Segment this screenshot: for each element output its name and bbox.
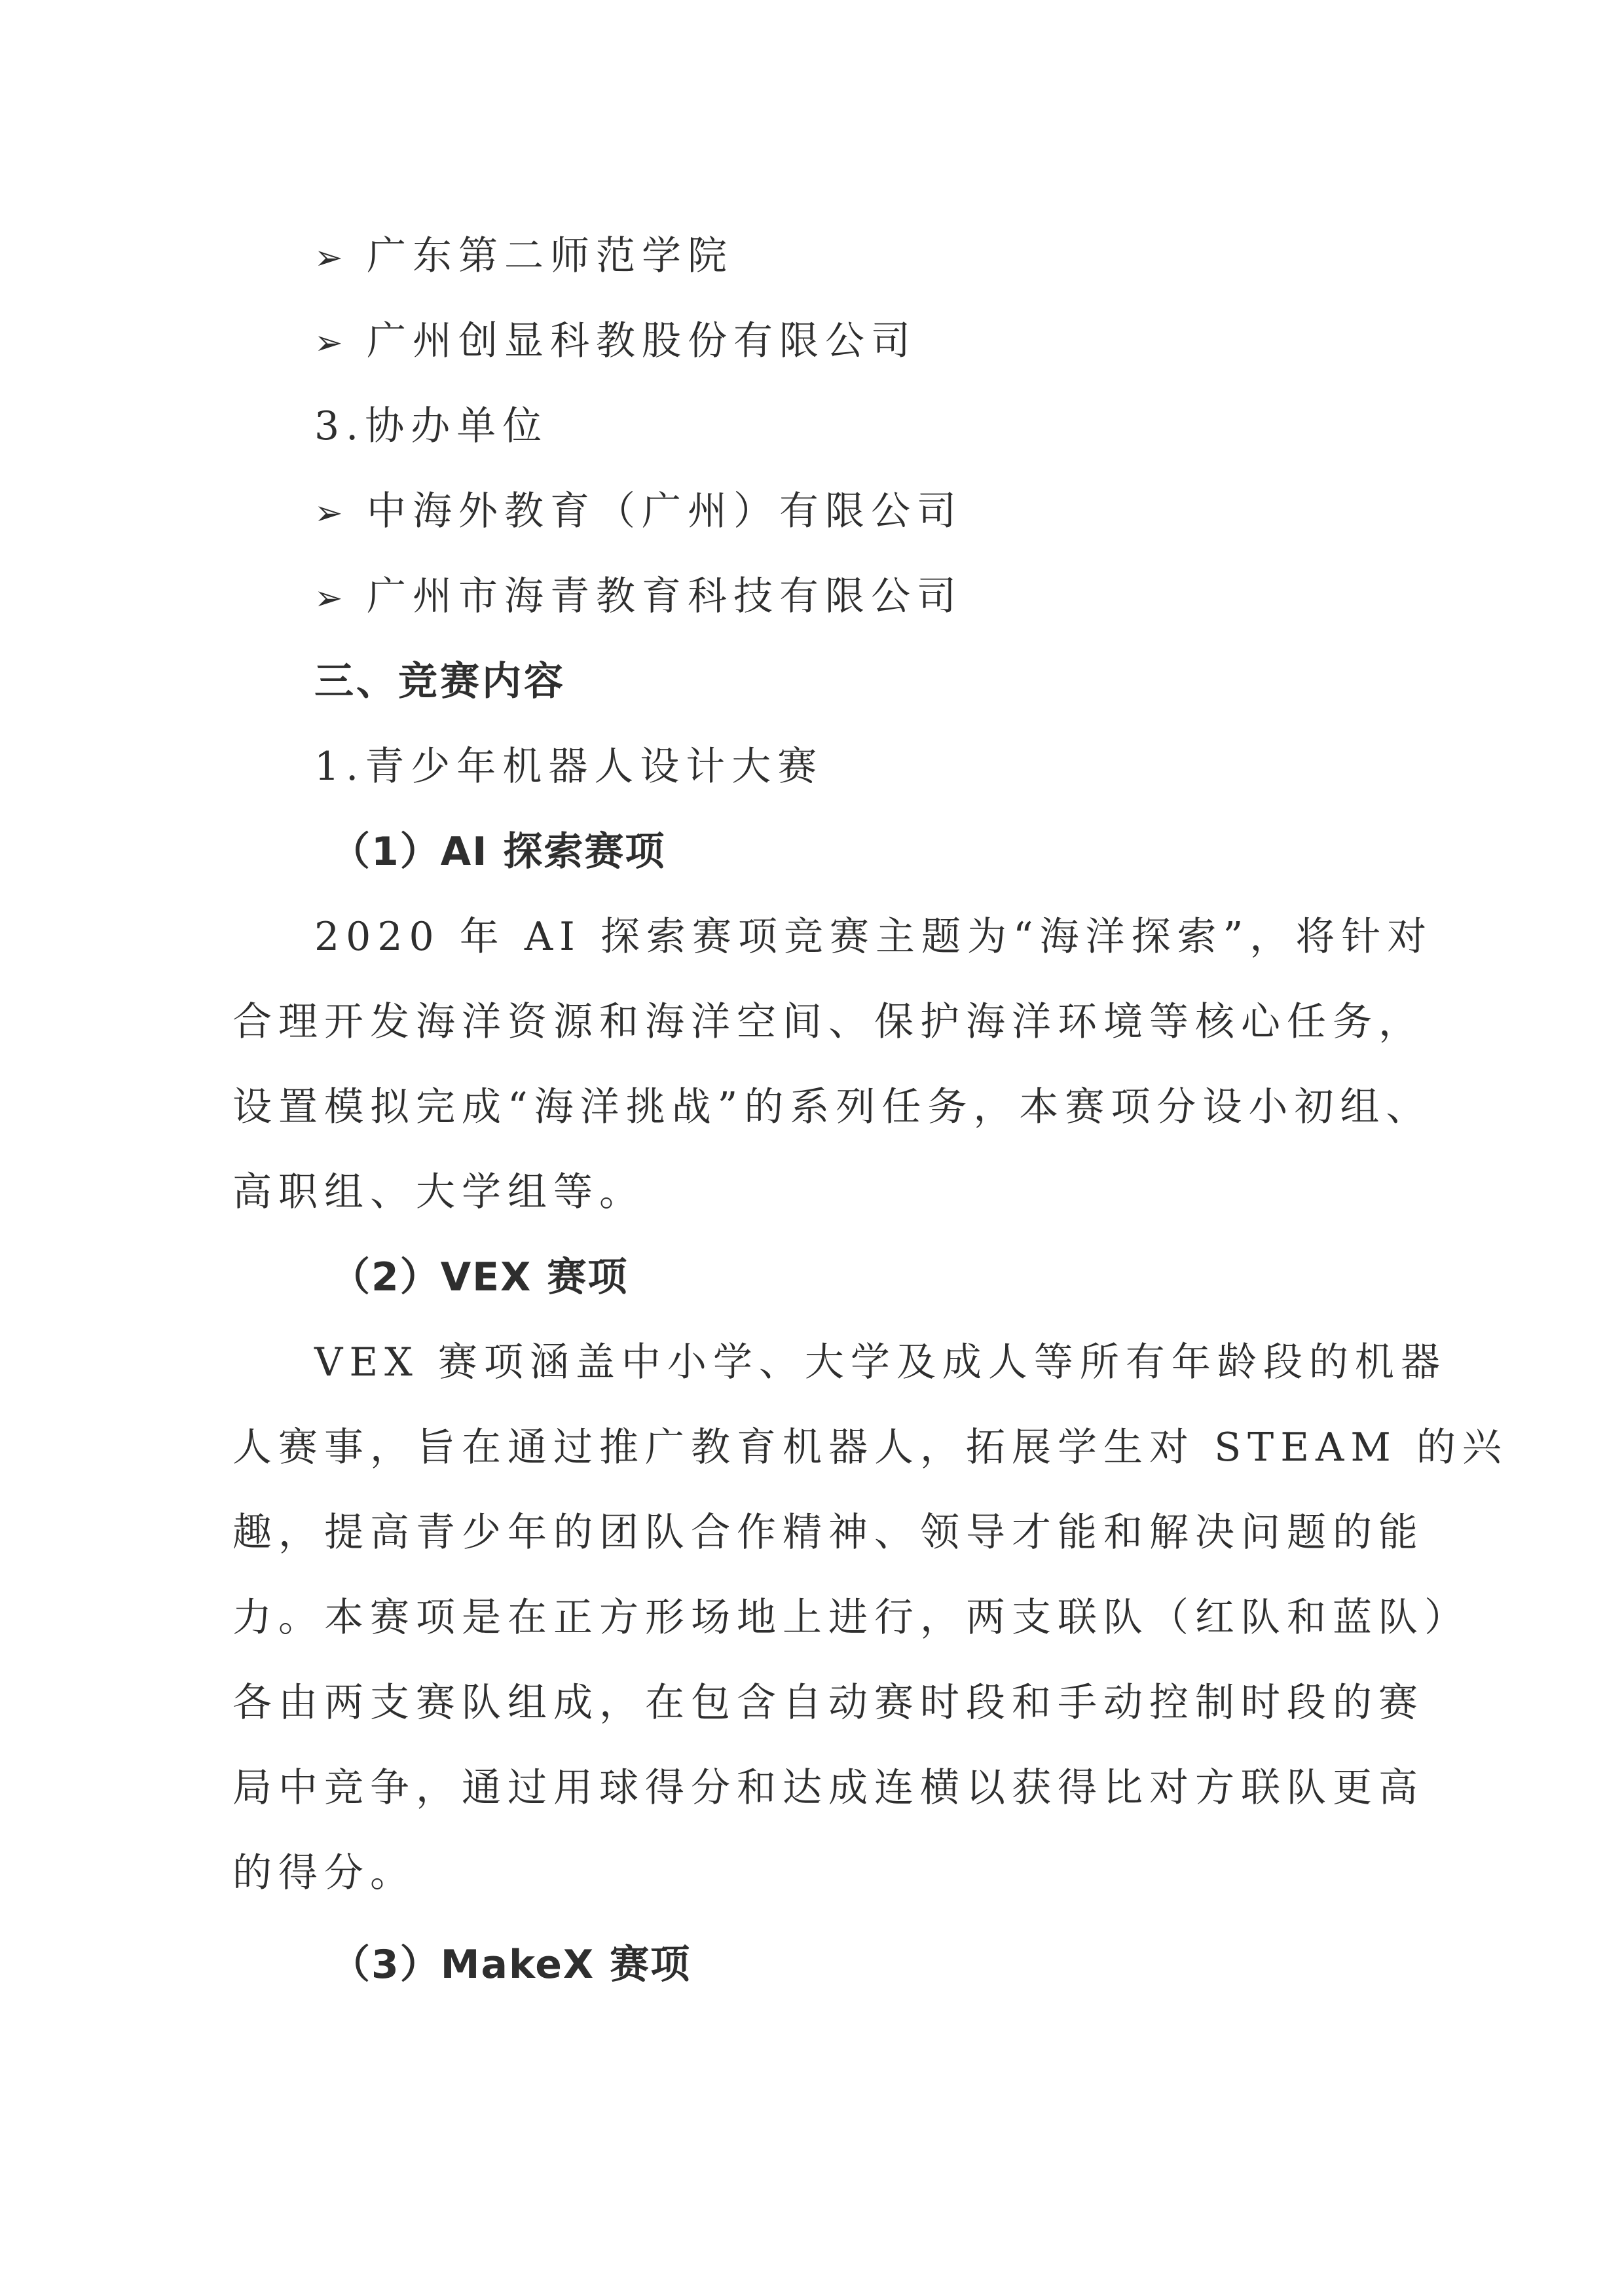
paragraph-line: 力。本赛项是在正方形场地上进行，两支联队（红队和蓝队）	[232, 1594, 1385, 1641]
paragraph-line: 人赛事，旨在通过推广教育机器人，拓展学生对 STEAM 的兴	[232, 1424, 1385, 1471]
paragraph-line: 局中竞争，通过用球得分和达成连横以获得比对方联队更高	[232, 1764, 1385, 1812]
item-heading: （2）VEX 赛项	[331, 1254, 628, 1301]
section-heading: 三、竞赛内容	[314, 658, 566, 705]
bullet-item: ➢广州市海青教育科技有限公司	[314, 573, 963, 622]
bullet-item: ➢中海外教育（广州）有限公司	[314, 488, 963, 537]
paragraph-line: 设置模拟完成“海洋挑战”的系列任务，本赛项分设小初组、	[232, 1084, 1385, 1131]
paragraph-line: 高职组、大学组等。	[232, 1169, 1385, 1216]
bullet-item: ➢广东第二师范学院	[314, 232, 733, 282]
bullet-item: ➢广州创显科教股份有限公司	[314, 318, 917, 367]
section-label: 3.协办单位	[314, 403, 548, 450]
paragraph-line: 2020 年 AI 探索赛项竞赛主题为“海洋探索”，将针对	[314, 913, 1467, 960]
arrow-bullet-icon: ➢	[314, 490, 341, 537]
bullet-text: 中海外教育（广州）有限公司	[367, 488, 963, 534]
paragraph-line: VEX 赛项涵盖中小学、大学及成人等所有年龄段的机器	[314, 1339, 1467, 1386]
arrow-bullet-icon: ➢	[314, 319, 341, 367]
paragraph-line: 合理开发海洋资源和海洋空间、保护海洋环境等核心任务，	[232, 998, 1385, 1046]
item-heading: （1）AI 探索赛项	[331, 828, 665, 875]
arrow-bullet-icon: ➢	[314, 234, 341, 282]
paragraph-line: 的得分。	[232, 1850, 1385, 1897]
subsection-title: 1.青少年机器人设计大赛	[314, 743, 823, 790]
arrow-bullet-icon: ➢	[314, 575, 341, 622]
paragraph-line: 趣，提高青少年的团队合作精神、领导才能和解决问题的能	[232, 1509, 1385, 1556]
bullet-text: 广州创显科教股份有限公司	[367, 318, 917, 364]
bullet-text: 广州市海青教育科技有限公司	[367, 574, 963, 619]
bullet-text: 广东第二师范学院	[367, 233, 733, 279]
paragraph-line: 各由两支赛队组成，在包含自动赛时段和手动控制时段的赛	[232, 1679, 1385, 1726]
item-heading: （3）MakeX 赛项	[331, 1941, 691, 1988]
